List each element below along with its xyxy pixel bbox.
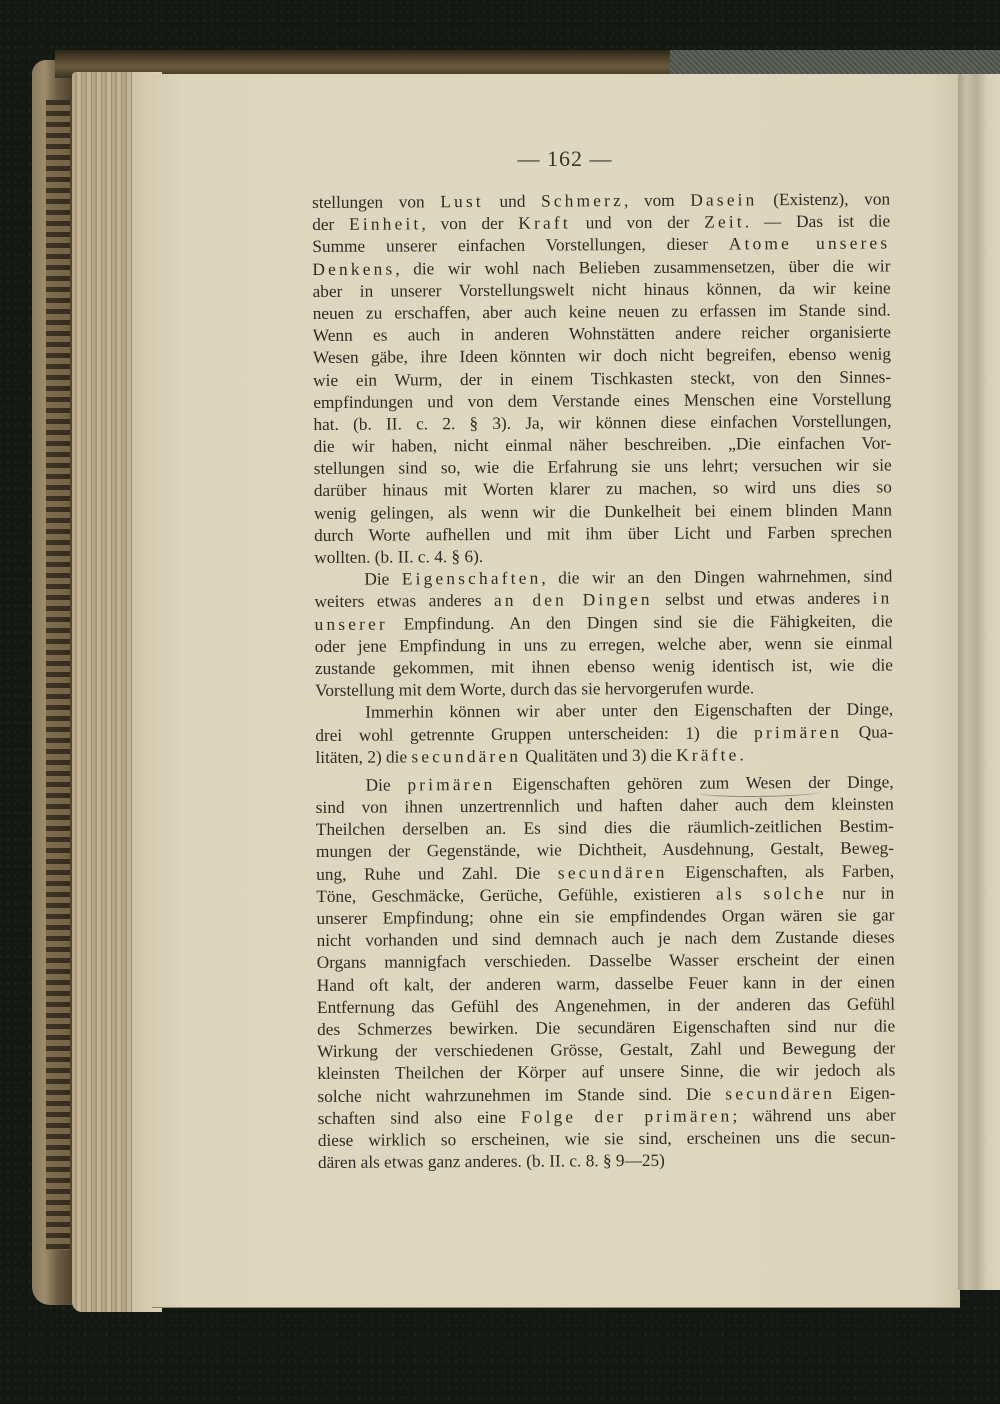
page-gutter — [958, 74, 1000, 1290]
spaced-emphasis: Lust — [440, 192, 484, 211]
text-line: diese wirklich so erscheinen, wie sie si… — [318, 1126, 896, 1152]
text-run: durch Worte aufhellen und mit ihm über L… — [314, 522, 892, 545]
text-run: dären als etwas ganz anderes. (b. II. c.… — [318, 1151, 665, 1172]
text-run: Empfindung. An den Dingen sind sie die F… — [388, 611, 893, 633]
text-run: , die wir an den Dingen wahrnehmen, sind — [541, 567, 892, 588]
text-run: mungen der Gegenstände, wie Dichtheit, A… — [316, 839, 894, 862]
text-run: litäten, 2) die — [315, 747, 411, 767]
text-line: Wesen gäbe, ihre Ideen könnten wir doch … — [313, 344, 891, 370]
text-line: wie ein Wurm, der in einem Tischkasten s… — [313, 366, 891, 392]
spaced-emphasis: secundären — [725, 1083, 835, 1103]
text-run: hat. (b. II. c. 2. § 3). Ja, wir können … — [313, 411, 891, 434]
text-run: Töne, Geschmäcke, Gerüche, Gefühle, exis… — [316, 884, 716, 905]
text-run: (Existenz), von — [757, 189, 890, 209]
text-run: neuen zu erschaffen, aber auch keine neu… — [313, 300, 891, 323]
text-run: des Schmerzes bewirken. Die secundären E… — [317, 1016, 895, 1039]
text-run: ; während uns aber — [732, 1105, 895, 1125]
text-run: solche nicht wahrzunehmen im Stande sind… — [317, 1084, 725, 1105]
page-block-edges — [72, 72, 162, 1312]
text-run: Wesen gäbe, ihre Ideen könnten wir doch … — [313, 345, 891, 368]
spaced-emphasis: Dasein — [690, 190, 757, 209]
text-run: Eigenschaften, als Farben, — [668, 861, 895, 881]
paragraph: Die primären Eigenschaften gehören zum W… — [316, 771, 896, 1174]
text-line: dären als etwas ganz anderes. (b. II. c.… — [318, 1149, 896, 1175]
spaced-emphasis: in — [873, 589, 893, 608]
text-line: Denkens, die wir wohl nach Belieben zusa… — [312, 255, 890, 281]
text-line: zustande gekommen, mit ihnen ebenso weni… — [315, 654, 893, 680]
text-run: kleinsten Theilchen der Körper auf unser… — [317, 1061, 895, 1084]
spaced-emphasis: primären — [407, 775, 495, 795]
body-text: stellungen von Lust und Schmerz, vom Das… — [312, 188, 896, 1174]
text-line: unserer Empfindung. An den Dingen sind s… — [315, 610, 893, 636]
text-run: diese wirklich so erscheinen, wie sie si… — [318, 1127, 896, 1150]
text-run: weiters etwas anderes — [314, 591, 494, 611]
text-run: stellungen von — [312, 192, 440, 212]
text-run: Wirkung der verschiedenen Grösse, Gestal… — [317, 1039, 895, 1062]
text-line: durch Worte aufhellen und mit ihm über L… — [314, 521, 892, 547]
text-run: , von der — [421, 214, 518, 234]
text-run: stellungen sind so, wie die Erfahrung si… — [314, 456, 892, 479]
text-run: Eigen- — [835, 1083, 896, 1102]
text-run: Summe unserer einfachen Vorstellungen, d… — [312, 235, 729, 257]
spaced-emphasis: Einheit — [349, 215, 421, 234]
text-line: Immerhin können wir aber unter den Eigen… — [315, 699, 893, 725]
text-run: darüber hinaus mit Worten klarer zu mach… — [314, 478, 892, 501]
text-run: Entfernung das Gefühl des Angenehmen, in… — [317, 994, 895, 1017]
text-line: kleinsten Theilchen der Körper auf unser… — [317, 1060, 895, 1086]
text-line: ung, Ruhe und Zahl. Die secundären Eigen… — [316, 860, 894, 886]
text-line: Summe unserer einfachen Vorstellungen, d… — [312, 233, 890, 259]
text-run: Die — [364, 570, 402, 589]
text-run: Theilchen derselben an. Es sind dies die… — [316, 817, 894, 840]
text-run: . — [739, 745, 743, 764]
text-run: drei wohl getrennte Gruppen unterscheide… — [315, 723, 754, 745]
text-run: unserer Empfindung; ohne ein sie empfind… — [316, 905, 894, 928]
text-run: wie ein Wurm, der in einem Tischkasten s… — [313, 367, 891, 390]
text-line: weiters etwas anderes an den Dingen selb… — [314, 588, 892, 614]
spaced-emphasis: Zeit — [704, 213, 745, 232]
text-line: drei wohl getrennte Gruppen unterscheide… — [315, 721, 893, 747]
spaced-emphasis: Atome unseres — [729, 234, 891, 254]
paragraph: Die Eigenschaften, die wir an den Dingen… — [314, 566, 893, 703]
text-run: wenig gelingen, als wenn wir die Dunkelh… — [314, 500, 892, 523]
text-run: Qua- — [842, 722, 893, 741]
text-run: empfindungen und von dem Verstande eines… — [313, 389, 891, 412]
text-run: die wir haben, nicht einmal näher beschr… — [313, 434, 891, 457]
spaced-emphasis: Denkens — [312, 259, 395, 279]
spaced-emphasis: Eigenschaften — [402, 569, 542, 589]
spaced-emphasis: Schmerz — [541, 191, 624, 211]
text-run: Die — [366, 775, 408, 794]
text-run: Wenn es auch in anderen Wohnstätten ande… — [313, 323, 891, 346]
text-run: Hand oft kalt, der anderen warm, dasselb… — [317, 972, 895, 995]
text-line: Hand oft kalt, der anderen warm, dasselb… — [317, 971, 895, 997]
spaced-emphasis: secundären — [411, 746, 521, 766]
text-run: zustande gekommen, mit ihnen ebenso weni… — [315, 655, 893, 678]
text-run: ung, Ruhe und Zahl. Die — [316, 863, 558, 883]
text-run: Immerhin können wir aber unter den Eigen… — [365, 700, 893, 722]
spaced-emphasis: an den Dingen — [494, 590, 653, 610]
text-run: Qualitäten und 3) die — [521, 745, 676, 765]
text-line: solche nicht wahrzunehmen im Stande sind… — [317, 1082, 895, 1108]
book-spine-cover — [32, 60, 74, 1305]
text-line: wenig gelingen, als wenn wir die Dunkelh… — [314, 499, 892, 525]
text-run: und — [484, 192, 541, 211]
text-run: nicht vorhanden und sind demnach auch je… — [317, 928, 895, 951]
text-line: Organs mannigfach verschieden. Dasselbe … — [317, 949, 895, 975]
spaced-emphasis: Folge der primären — [521, 1106, 733, 1126]
text-run: Eigenschaften gehören zum Wesen der Ding… — [495, 772, 893, 793]
text-line: darüber hinaus mit Worten klarer zu mach… — [314, 477, 892, 503]
spaced-emphasis: unserer — [315, 614, 388, 633]
text-run: und von der — [571, 213, 704, 233]
text-run: der — [312, 215, 349, 234]
spine-binding-stripes — [46, 100, 70, 1250]
text-run: aber in unserer Vorstellungswelt nicht h… — [313, 278, 891, 301]
paragraph: stellungen von Lust und Schmerz, vom Das… — [312, 188, 892, 569]
text-run: . — Das ist die — [745, 212, 890, 232]
spaced-emphasis: primären — [754, 722, 842, 742]
text-run: Organs mannigfach verschieden. Dasselbe … — [317, 950, 895, 973]
paragraph: Immerhin können wir aber unter den Eigen… — [315, 699, 893, 769]
text-run: nur in — [827, 883, 895, 902]
text-run: , vom — [624, 191, 690, 210]
text-run: oder jene Empfindung in uns zu erregen, … — [315, 633, 893, 656]
spaced-emphasis: secundären — [558, 862, 668, 882]
text-run: wollten. (b. II. c. 4. § 6). — [314, 547, 483, 567]
spaced-emphasis: als solche — [716, 884, 827, 904]
text-run: schaften sind also eine — [318, 1107, 521, 1127]
text-run: , die wir wohl nach Belieben zusammenset… — [395, 256, 890, 278]
spaced-emphasis: Kraft — [518, 214, 571, 233]
text-run: selbst und etwas anderes — [653, 589, 873, 609]
spaced-emphasis: Kräfte — [676, 745, 739, 764]
text-run: Vorstellung mit dem Worte, durch das sie… — [315, 678, 754, 700]
text-line: mungen der Gegenstände, wie Dichtheit, A… — [316, 838, 894, 864]
text-run: sind von ihnen unzertrennlich und haften… — [316, 795, 894, 818]
page-number: — 162 — — [0, 146, 1000, 172]
